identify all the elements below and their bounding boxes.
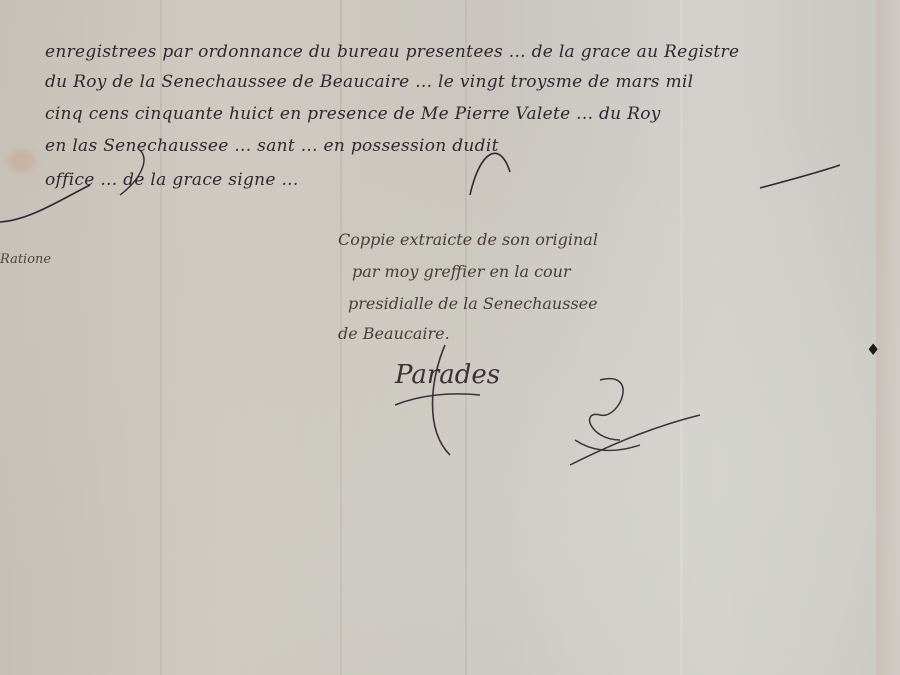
paper-fold bbox=[680, 0, 683, 675]
paper-fold bbox=[160, 0, 162, 675]
ornament-mark: ♦ bbox=[866, 340, 880, 359]
manuscript-page: enregistrees par ordonnance du bureau pr… bbox=[0, 0, 900, 675]
attestation-line-2: par moy greffier en la cour bbox=[352, 262, 571, 281]
attestation-line-4: de Beaucaire. bbox=[338, 324, 450, 343]
paper-stain bbox=[8, 150, 36, 172]
signature: Parades bbox=[395, 360, 500, 390]
margin-note: Ratione bbox=[0, 252, 51, 267]
body-line-1: enregistrees par ordonnance du bureau pr… bbox=[45, 42, 739, 62]
page-edge bbox=[876, 0, 900, 675]
signature-flourish bbox=[0, 0, 900, 675]
pen-flourishes bbox=[0, 0, 900, 675]
attestation-line-1: Coppie extraicte de son original bbox=[338, 230, 598, 249]
attestation-line-3: presidialle de la Senechaussee bbox=[348, 294, 598, 313]
paper-fold bbox=[465, 0, 467, 675]
body-line-4: en las Senechaussee ... sant ... en poss… bbox=[45, 136, 499, 156]
body-line-2: du Roy de la Senechaussee de Beaucaire .… bbox=[45, 72, 693, 92]
body-line-5: office ... de la grace signe ... bbox=[45, 170, 299, 190]
body-line-3: cinq cens cinquante huict en presence de… bbox=[45, 104, 661, 124]
